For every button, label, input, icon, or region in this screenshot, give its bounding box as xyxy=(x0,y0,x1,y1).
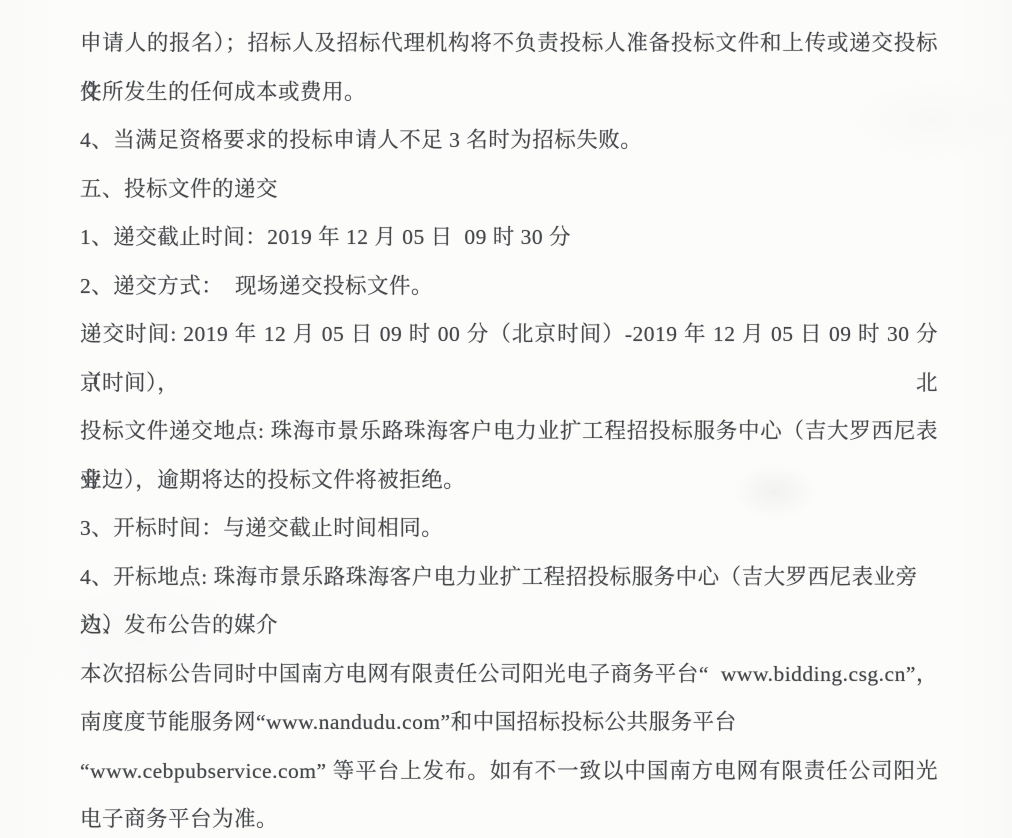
text-line: 2、递交方式： 现场递交投标文件。 xyxy=(80,262,938,311)
text-line: 1、递交截止时间：2019 年 12 月 05 日 09 时 30 分 xyxy=(80,213,938,262)
text-line: 六、发布公告的媒介 xyxy=(80,601,938,650)
text-line: 投标文件递交地点: 珠海市景乐路珠海客户电力业扩工程招投标服务中心（吉大罗西尼表… xyxy=(80,407,938,456)
text-line: 4、当满足资格要求的投标申请人不足 3 名时为招标失败。 xyxy=(80,116,938,165)
text-line: “www.cebpubservice.com” 等平台上发布。如有不一致以中国南… xyxy=(80,747,938,796)
text-line: 申请人的报名）；招标人及招标代理机构将不负责投标人准备投标文件和上传或递交投标文 xyxy=(80,19,938,68)
document-body: 申请人的报名）；招标人及招标代理机构将不负责投标人准备投标文件和上传或递交投标文… xyxy=(80,19,938,838)
text-line: 本次招标公告同时中国南方电网有限责任公司阳光电子商务平台“ www.biddin… xyxy=(80,650,938,699)
text-line: 南度度节能服务网“www.nandudu.com”和中国招标投标公共服务平台 xyxy=(80,698,938,747)
text-line: 五、投标文件的递交 xyxy=(80,165,938,214)
text-line: 电子商务平台为准。 xyxy=(80,795,938,838)
text-line: 4、开标地点: 珠海市景乐路珠海客户电力业扩工程招投标服务中心（吉大罗西尼表业旁… xyxy=(80,553,938,602)
text-line: 3、开标时间：与递交截止时间相同。 xyxy=(80,504,938,553)
text-line: 件所发生的任何成本或费用。 xyxy=(80,68,938,117)
document-page: 申请人的报名）；招标人及招标代理机构将不负责投标人准备投标文件和上传或递交投标文… xyxy=(0,0,1012,838)
text-line: 旁边），逾期将达的投标文件将被拒绝。 xyxy=(80,456,938,505)
text-line: 递交时间: 2019 年 12 月 05 日 09 时 00 分（北京时间）-2… xyxy=(80,310,938,359)
